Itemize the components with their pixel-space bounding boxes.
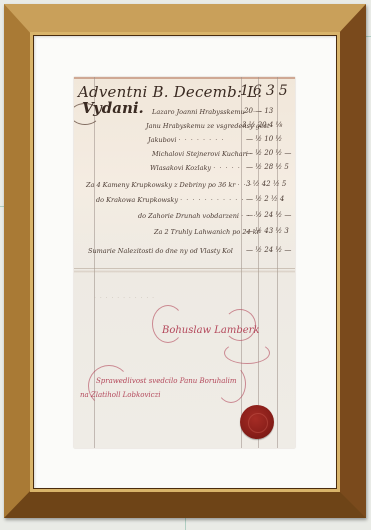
- ledger-amount: — ½ 10 ½: [246, 135, 282, 143]
- signature-flourish: [224, 342, 270, 364]
- ledger-amount: — ½ 24 ½ —: [246, 211, 291, 219]
- section-heading: Vydani.: [82, 99, 144, 117]
- total-rule: [74, 268, 295, 269]
- ledger-amount: 3 ½ 20 4 ⅛: [242, 121, 282, 129]
- document-paper: Adventni B. Decemb: L. 1635 Vydani. Laza…: [74, 77, 295, 448]
- ledger-entry: do Krakowa Krupkowsky · · · · · · · · · …: [96, 196, 244, 204]
- ledger-entry: Jakubovi · · · · · · · ·: [148, 136, 225, 144]
- ledger-entry: Sumarie Nalezitosti do dne ny od Vlasty …: [88, 247, 233, 255]
- ledger-amount: — ½ 2 ½ 4: [246, 195, 284, 203]
- ledger-entry: Michalovi Stejnerovi Kuchari · ·: [152, 150, 259, 158]
- wall-line-bottom: [185, 518, 186, 530]
- attestation-flourish: [216, 365, 246, 403]
- column-rule-3: [277, 77, 278, 448]
- fold-crease: [74, 270, 295, 273]
- ledger-entry: Wlasakovi Kozlaky · · · · ·: [150, 164, 241, 172]
- wall-line-right: [366, 36, 371, 37]
- header-year: 1635: [240, 83, 292, 99]
- ledger-amount: 20 — 13: [244, 107, 273, 115]
- attestation-line-2: na Zlatiholl Lobkoviczi: [80, 391, 161, 399]
- ledger-amount: 3 ½ 42 ½ 5: [246, 180, 286, 188]
- ledger-amount: — ½ 28 ½ 5: [246, 163, 289, 171]
- column-rule-2: [258, 77, 259, 448]
- paper-top-edge: [74, 77, 295, 79]
- ledger-entry: Za 4 Kameny Krupkowsky z Debriny po 36 k…: [86, 181, 253, 189]
- signature: Bohuslaw Lamberk: [162, 325, 260, 336]
- ledger-entry: do Zahorie Drunah vobdarzeni · · · ·: [138, 212, 263, 220]
- ledger-amount: — ½ 43 ½ 3: [246, 227, 289, 235]
- signature-flourish: [152, 305, 184, 343]
- ledger-entry: Za 2 Truhly Lahwanich po 24 kr: [154, 228, 260, 236]
- ledger-amount: — ½ 20 ½ —: [246, 149, 291, 157]
- wax-seal-icon: [240, 405, 274, 439]
- seal-impression: [248, 413, 268, 433]
- ledger-amount: — ½ 24 ½ —: [246, 246, 291, 254]
- attestation-flourish: [88, 365, 130, 407]
- bleed-through-text: · · · · · · · · · · ·: [94, 295, 155, 302]
